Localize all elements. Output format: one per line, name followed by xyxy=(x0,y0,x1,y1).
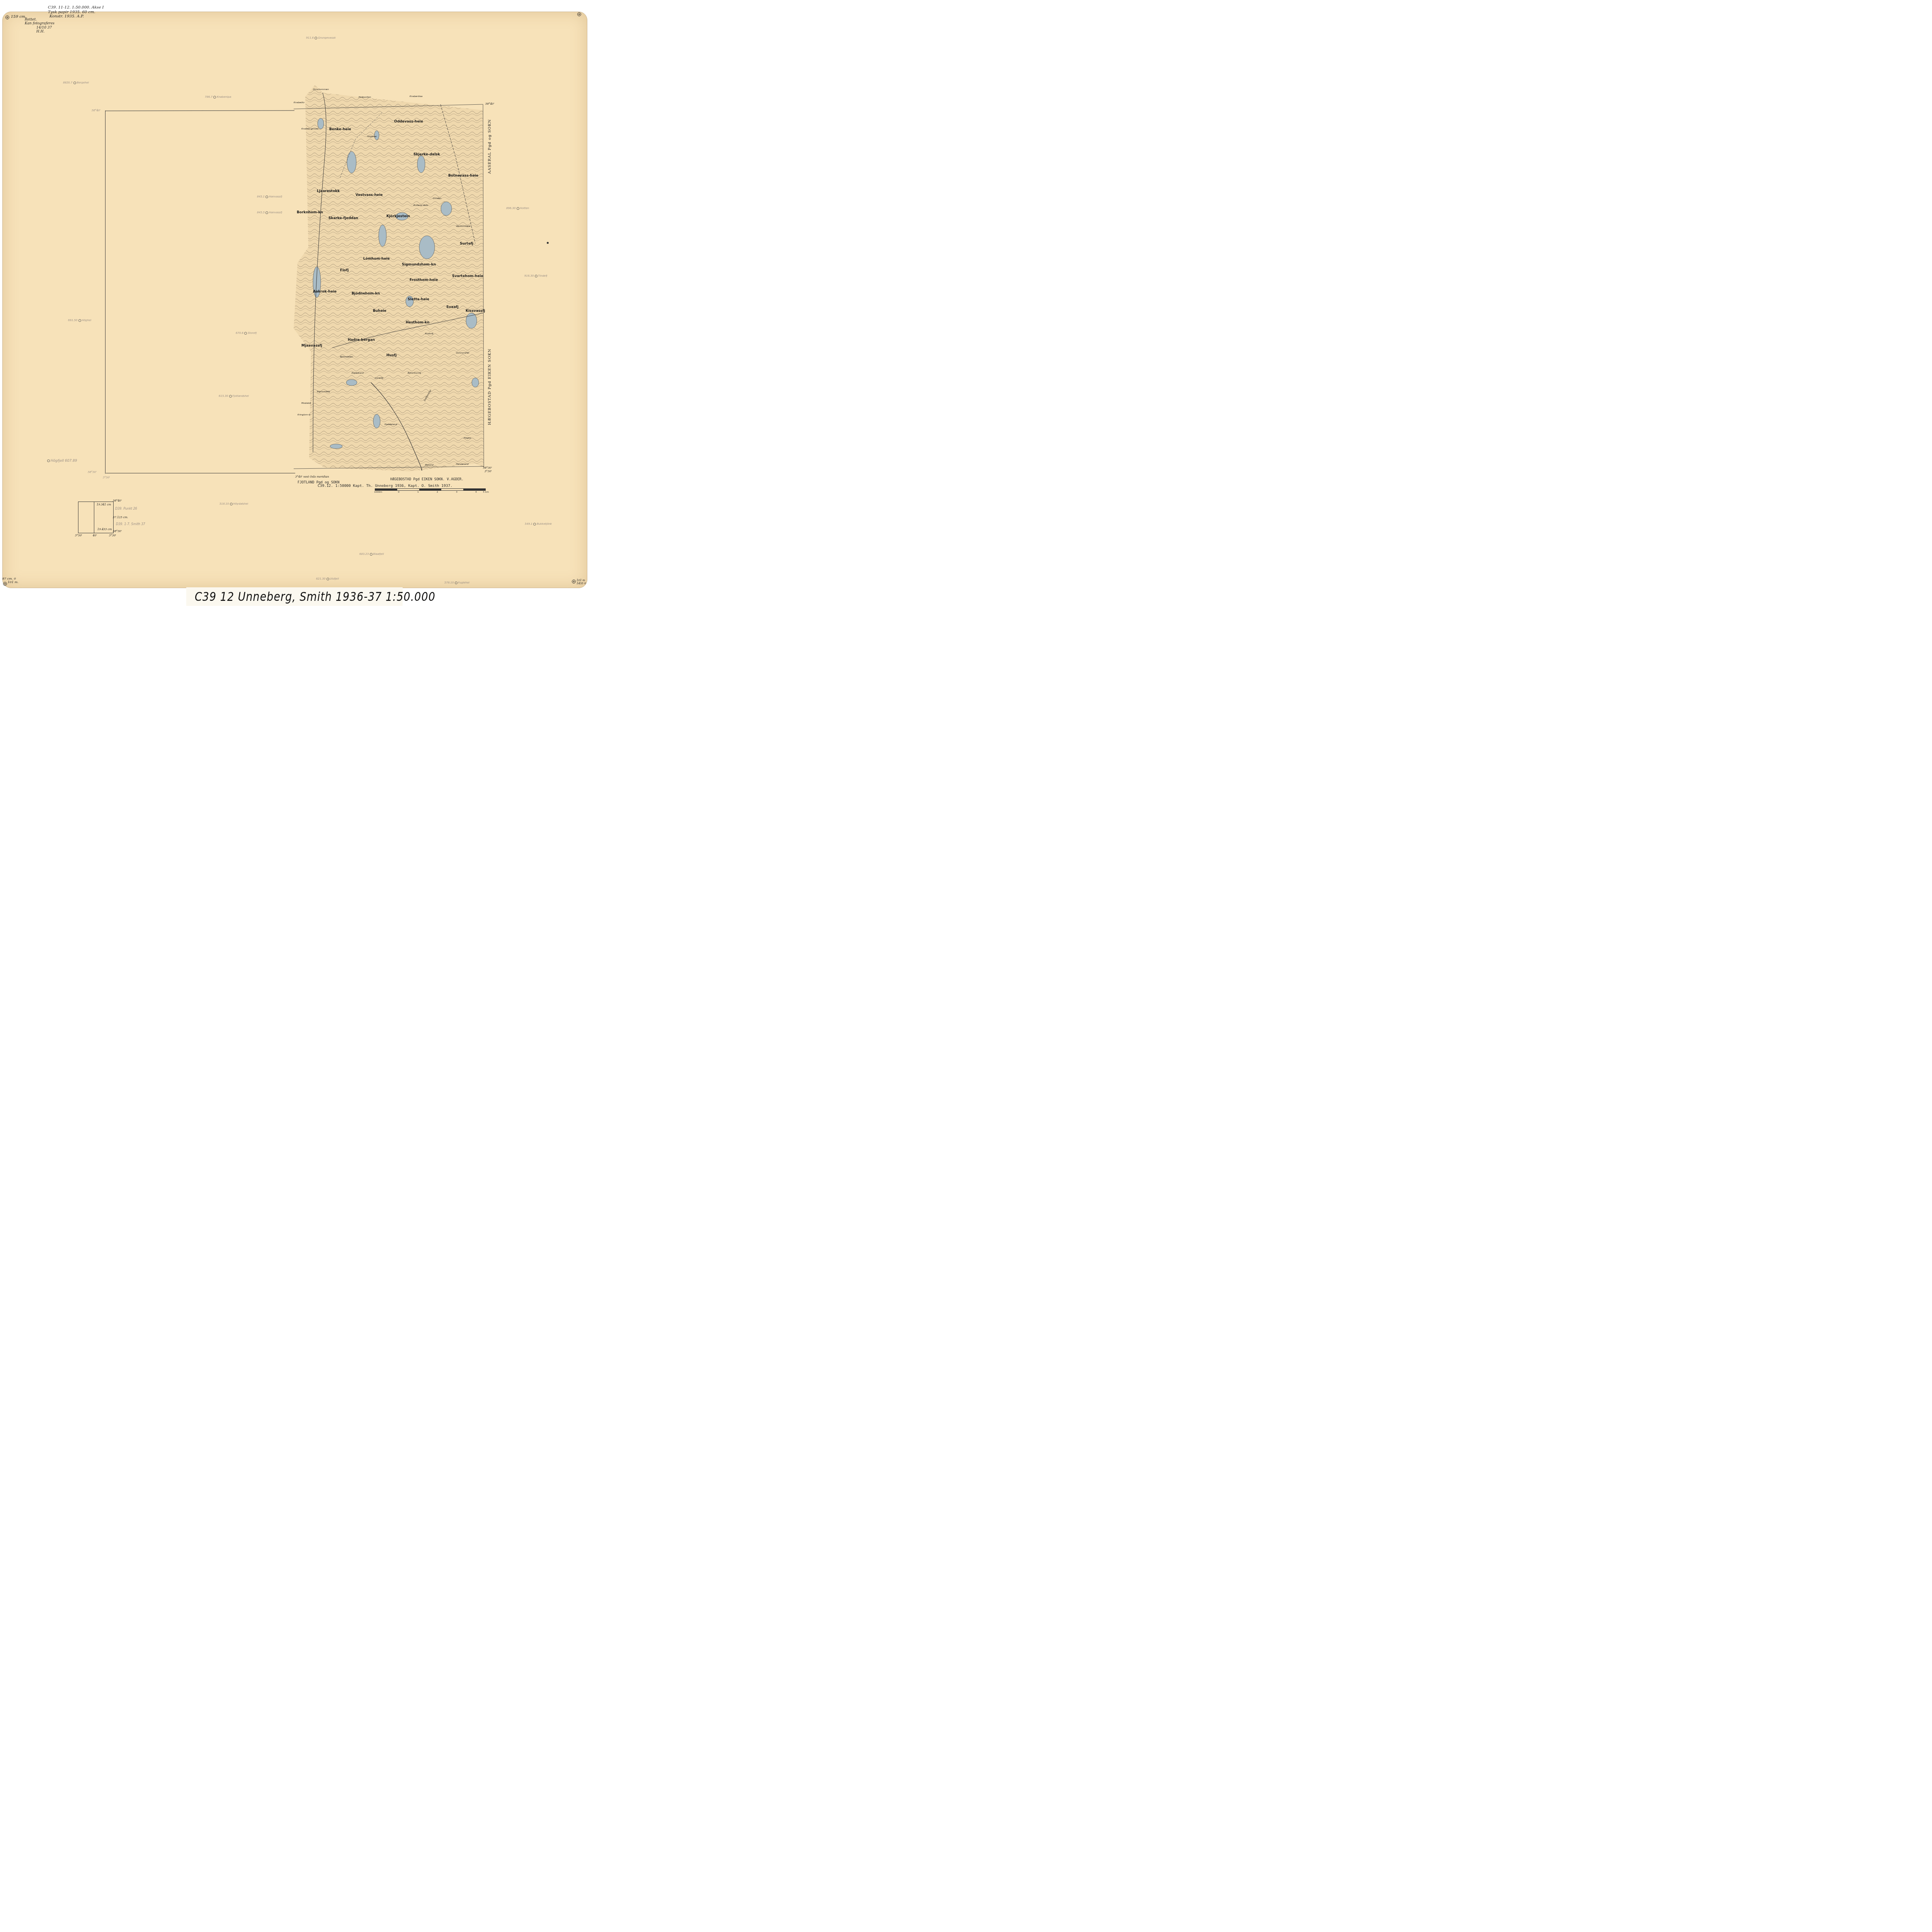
parish-label-haegebostad: HÆGEBOSTAD Pgd EIKEN SOKN. V.AGDER. xyxy=(390,478,464,481)
corner-note-line: 87 cm. 0 xyxy=(2,577,19,580)
place-name: Buheie xyxy=(373,309,386,313)
index-lon-left: 3°50' xyxy=(75,534,82,537)
index-bottom-lat: 58°30' xyxy=(113,530,122,533)
frame-lat-bottom-left: 58°30' xyxy=(88,471,97,474)
place-name: Lonelitj xyxy=(375,377,383,379)
trig-point: 621.30Ulsfjell xyxy=(316,577,339,580)
place-name: Skarke-fjeddan xyxy=(328,216,358,220)
place-name: Surtefj xyxy=(460,242,473,246)
trig-marker-icon xyxy=(517,207,519,210)
trig-marker-icon xyxy=(265,211,268,214)
index-divider xyxy=(94,502,94,533)
contour-lines xyxy=(294,81,487,475)
coord-bottom-right-lon: 3°30' xyxy=(485,470,492,473)
place-name: Knaberöisa xyxy=(410,95,423,98)
reference-ring-icon xyxy=(5,15,9,19)
place-name: Husfj xyxy=(386,354,396,357)
scale-label: 0 xyxy=(398,491,400,493)
index-pencil-note: D39. Punkt 26 xyxy=(115,507,137,510)
scale-label: 1000m xyxy=(374,491,382,493)
corner-note-line: 1455 0 xyxy=(577,582,586,585)
index-lon-mid: 40' xyxy=(93,534,97,537)
frame-lat-top-left: 58°40' xyxy=(92,109,100,112)
index-bottom-width: 19.433 cm xyxy=(97,528,112,531)
trig-point: 683.23Blaafjell xyxy=(359,553,384,556)
place-name: Haddeland xyxy=(384,423,397,426)
trig-marker-icon xyxy=(230,503,233,505)
place-name: Frosthom-heie xyxy=(410,278,438,282)
trig-point: 8820.7Bergehei xyxy=(63,81,89,84)
trig-point: 786.7Knabenipa xyxy=(205,95,231,99)
trig-marker-icon xyxy=(265,196,268,198)
place-name: Knabeölo xyxy=(294,101,304,104)
place-name: Hadre-bergan xyxy=(348,338,375,342)
place-name: Skjerke-dalsk xyxy=(413,153,440,156)
place-name: Högehei xyxy=(367,135,377,138)
trig-point: Högfjell 607.89 xyxy=(46,459,77,463)
place-name: Hageo xyxy=(464,437,471,439)
trig-marker-icon xyxy=(47,459,50,462)
trig-marker-icon xyxy=(244,332,247,335)
trig-marker-icon xyxy=(535,275,537,277)
place-name: Holevoitan xyxy=(359,96,371,99)
place-name: Ljaarestokk xyxy=(317,189,340,193)
place-name: Bjönndalen xyxy=(340,355,353,358)
place-name: Bjönnhomtj xyxy=(408,372,421,374)
sheet-note-line: Konstr. 1935. A.P. xyxy=(48,14,104,19)
map-title-caption: C39.12. 1:50000 Kapt. Th. Unneberg 1936,… xyxy=(318,484,452,488)
trig-point: 896.30Hotten xyxy=(506,207,529,210)
trig-point: 670.6Storefj xyxy=(236,332,257,335)
approval-initials: H.H. xyxy=(25,30,54,34)
place-name: Kringlom-fj xyxy=(298,413,310,416)
trig-marker-icon xyxy=(327,578,329,580)
place-name: Sigmundshom-kn xyxy=(402,263,436,267)
trig-marker-icon xyxy=(315,37,317,39)
place-name: Ornchommen xyxy=(313,88,329,91)
trig-marker-icon xyxy=(455,582,457,584)
scale-label: 5 km xyxy=(483,491,489,493)
trig-point: 578.10Fuglehei xyxy=(444,581,469,584)
corner-note-line: 101 m xyxy=(577,579,586,582)
parish-label-aaseral: AASERAL Pgd og SOKN xyxy=(488,119,492,174)
reference-ring-icon xyxy=(577,12,581,16)
place-name: Benke-heie xyxy=(329,128,351,131)
trig-point: 518.10Höydalshei xyxy=(219,502,248,505)
trig-marker-icon xyxy=(533,523,536,526)
trig-point: 549.1Bukketjönk xyxy=(525,522,552,526)
trig-marker-icon xyxy=(229,395,232,398)
scale-label: 4 xyxy=(475,491,477,493)
frame-line-bottom xyxy=(106,473,295,473)
place-name: Modalsfj xyxy=(301,402,311,405)
archive-label-text: C39 12 Unneberg, Smith 1936-37 1:50.000 xyxy=(195,590,435,604)
place-name: Borknhom-kn xyxy=(297,211,323,214)
place-name: Sigmundstj xyxy=(317,390,330,393)
place-name: Oddevass-heie xyxy=(394,120,423,124)
trig-marker-icon xyxy=(370,553,372,556)
index-top-width: 19.341 cm xyxy=(97,503,111,506)
scale-label: 2 xyxy=(437,491,438,493)
corner-note-bottom-right: 101 m 1455 0 xyxy=(577,579,586,585)
index-pencil-note: D39. 1-7. Smith 37 xyxy=(116,522,145,526)
place-name: Botnevass-heie xyxy=(448,174,478,178)
scale-bar xyxy=(375,488,486,491)
place-name: Vestvass-heie xyxy=(355,193,383,197)
place-name: Mjaavassfj xyxy=(301,344,322,348)
trig-point: 845.5Hanvassfj xyxy=(257,211,282,214)
sheet-note-line: C39. 11-12. 1:50.000. Akse I xyxy=(48,5,104,10)
approval-note: Rettet. Kan fotograferes 14/10 37 H.H. xyxy=(25,18,54,34)
place-name: Bjödnehom-kn xyxy=(352,292,380,296)
scale-label: 1 xyxy=(417,491,419,493)
place-name: Aakrok-heie xyxy=(313,290,337,294)
index-height: 37.125 cm. xyxy=(113,516,128,519)
place-name: Groden xyxy=(433,197,441,200)
sheet-note: C39. 11-12. 1:50.000. Akse I Tysk papir … xyxy=(48,5,104,19)
coord-top-right: 58°40' xyxy=(485,102,494,105)
place-name: Flofj xyxy=(340,269,349,272)
trig-point: 845.1Hanvassfj xyxy=(257,195,282,198)
trig-marker-icon xyxy=(78,319,81,322)
place-name: Rullens Vedv xyxy=(413,204,429,207)
place-name: Svaafj xyxy=(446,305,459,309)
place-name: Espeskard xyxy=(352,372,364,374)
place-name: Handeland xyxy=(456,463,468,466)
place-name: Kissvassfj xyxy=(466,309,485,313)
place-name: Gunnorshei xyxy=(456,352,469,354)
trig-point: 916.30Tindefj xyxy=(524,274,547,277)
trig-point: 615.30Fjotlandshei xyxy=(219,395,249,398)
trig-marker-icon xyxy=(73,82,76,84)
reference-ring-icon xyxy=(3,582,7,586)
coord-bottom-right-lat: 58°30' xyxy=(483,466,492,469)
parish-label-haegebostad-right: HÆGEBOSTAD Pgd EIKEN SOKN xyxy=(488,349,492,425)
place-name: Lömhom-heie xyxy=(363,257,390,261)
place-name: Sletta-heie xyxy=(408,298,429,301)
scale-label: 3 xyxy=(456,491,457,493)
trig-point: 911.6Grungevassk xyxy=(306,36,336,39)
meridian-note: 3°40' vest Oslo meridian xyxy=(295,475,329,478)
approval-line: Kan fotograferes xyxy=(25,22,54,26)
reference-ring-icon xyxy=(572,580,576,583)
place-name: Knaben-gruver xyxy=(301,128,319,130)
sheet-note-line: Tysk papir 1935. 60 cm. xyxy=(48,10,104,15)
frame-lon-bottom-left: 3°50' xyxy=(103,476,110,479)
corner-note-top-left: 159 cm. xyxy=(11,15,27,19)
place-name: Krobofj xyxy=(425,332,433,335)
index-lon-right: 3°30' xyxy=(109,534,116,537)
place-name: Venhomheie xyxy=(456,225,470,228)
trig-marker-icon xyxy=(213,96,216,99)
approval-date: 14/10 37 xyxy=(25,26,54,30)
topographic-map[interactable]: Ornchommen Knabeölo Holevoitan Knaberöis… xyxy=(294,81,487,475)
place-name: Meland xyxy=(425,464,434,466)
place-name: Svartehom-heie xyxy=(452,274,483,278)
archive-label: C39 12 Unneberg, Smith 1936-37 1:50.000 xyxy=(186,587,403,606)
index-top-lat: 58°40' xyxy=(113,499,122,502)
place-name: Kjörkjestein xyxy=(386,214,410,218)
place-name: Hesthom-kn xyxy=(406,321,429,325)
trig-point: 691.50Höghei xyxy=(68,319,91,322)
